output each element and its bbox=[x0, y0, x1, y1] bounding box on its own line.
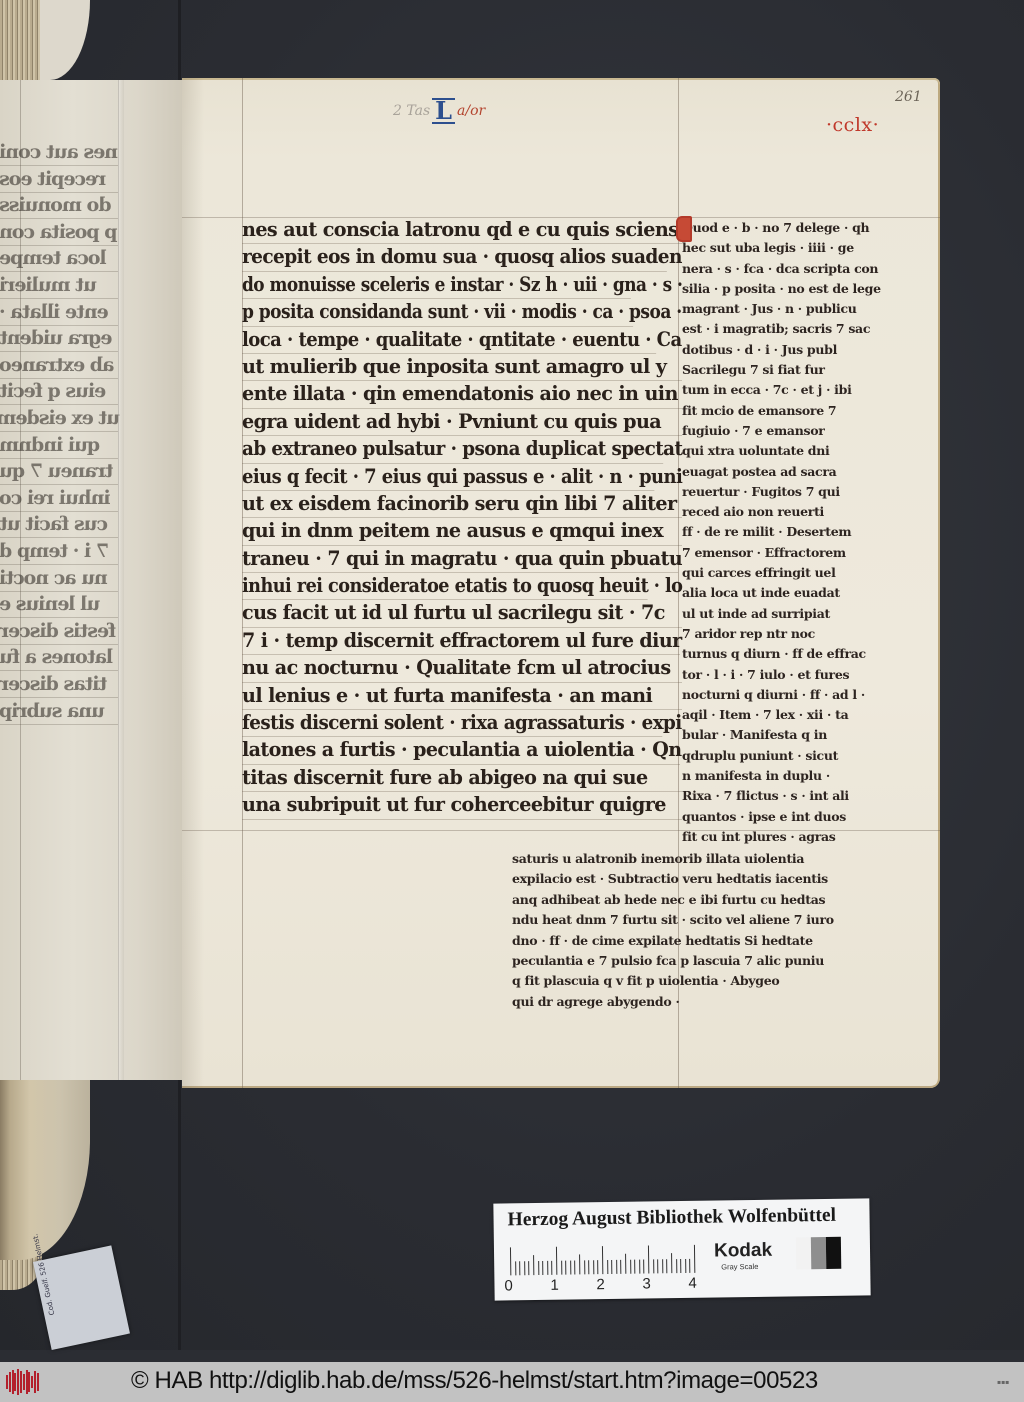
running-head-pencil: 2 Tas bbox=[393, 103, 430, 119]
ruler-label: 3 bbox=[642, 1275, 651, 1292]
logo-bar bbox=[28, 1372, 30, 1392]
ruler-label: 4 bbox=[688, 1275, 697, 1292]
ruler-tick bbox=[561, 1261, 562, 1275]
main-text-line: recepit eos in domu sua · quosq alios su… bbox=[242, 244, 667, 271]
ruler-tick bbox=[593, 1260, 594, 1274]
gloss-line: alia loca ut inde euadat bbox=[682, 583, 882, 603]
measurement-ruler bbox=[510, 1243, 698, 1276]
logo-bar bbox=[34, 1371, 36, 1393]
logo-bar bbox=[31, 1376, 33, 1388]
ruler-tick bbox=[671, 1253, 672, 1273]
ruler-labels: 01234 bbox=[504, 1275, 704, 1294]
left-page-text-line: ab extraneo bbox=[0, 354, 120, 376]
left-page-text-line: una subrip bbox=[0, 700, 120, 722]
gloss-line: peculantia e 7 pulsio fca p lascuia 7 al… bbox=[512, 951, 872, 971]
gloss-line: 7 emensor · Effractorem bbox=[682, 543, 882, 563]
gloss-line: nera · s · fca · dca scripta con bbox=[682, 259, 882, 279]
left-page-ruling bbox=[0, 298, 118, 299]
logo-bar bbox=[17, 1369, 19, 1395]
main-text-line: una subripuit ut fur coherceebitur quigr… bbox=[242, 792, 682, 819]
left-page-text-line: egra uident bbox=[0, 327, 120, 349]
main-text-line: nes aut conscia latronu qd e cu quis sci… bbox=[242, 217, 682, 244]
ruler-tick bbox=[533, 1255, 534, 1275]
ruler-tick bbox=[584, 1260, 585, 1274]
gloss-line: bular · Manifesta q in bbox=[682, 725, 882, 745]
gray-swatch bbox=[811, 1237, 826, 1269]
ruler-tick bbox=[515, 1261, 516, 1275]
ruler-label: 0 bbox=[504, 1277, 513, 1294]
logo-bar bbox=[14, 1373, 16, 1391]
left-page-ruling bbox=[0, 484, 118, 485]
ruler-tick bbox=[565, 1261, 566, 1275]
ruler-tick bbox=[644, 1260, 645, 1274]
ruler-tick bbox=[653, 1259, 654, 1273]
left-page-ruling bbox=[0, 351, 118, 352]
ruler-tick bbox=[602, 1246, 603, 1274]
gloss-line: ndu heat dnm 7 furtu sit · scito vel ali… bbox=[512, 910, 872, 930]
main-text-column: nes aut conscia latronu qd e cu quis sci… bbox=[242, 217, 690, 820]
gloss-line: 7 aridor rep ntr noc bbox=[682, 624, 882, 644]
left-page-text-line: ut mulieri bbox=[0, 274, 120, 296]
left-page-text-line: titas discer bbox=[0, 673, 120, 695]
gloss-line: Rixa · 7 flictus · s · int ali bbox=[682, 786, 882, 806]
left-page-text-line: do monuiss bbox=[0, 194, 120, 216]
ruler-tick bbox=[542, 1261, 543, 1275]
left-page-text-line: recepit eos bbox=[0, 168, 120, 190]
main-text-line: qui in dnm peitem ne ausus e qmqui inex bbox=[242, 518, 682, 545]
gloss-line: turnus q diurn · ff de effrac bbox=[682, 644, 882, 664]
gloss-line: qdruplu puniunt · sicut bbox=[682, 746, 882, 766]
ruler-label: 1 bbox=[550, 1277, 559, 1294]
gloss-line: fit mcio de emansore 7 bbox=[682, 401, 882, 421]
left-page-ruling bbox=[0, 378, 118, 379]
spine-highlight bbox=[118, 80, 124, 1080]
left-page-ruling bbox=[0, 670, 118, 671]
ruler-tick bbox=[680, 1259, 681, 1273]
left-page-text-line: ul lenius e bbox=[0, 593, 120, 615]
ruler-tick bbox=[519, 1261, 520, 1275]
gloss-line: Quod e · b · no 7 delege · qh bbox=[682, 218, 882, 238]
ruler-tick bbox=[676, 1259, 677, 1273]
main-text-line: traneu · 7 qui in magratu · qua quin pbu… bbox=[242, 546, 678, 573]
ruler-tick bbox=[598, 1260, 599, 1274]
ruler-tick bbox=[616, 1260, 617, 1274]
gloss-line: est · i magratib; sacris 7 sac bbox=[682, 319, 882, 339]
gloss-line: reuertur · Fugitos 7 qui bbox=[682, 482, 882, 502]
gloss-line: ul ut inde ad surripiat bbox=[682, 604, 882, 624]
main-text-line: nu ac nocturnu · Qualitate fcm ul atroci… bbox=[242, 655, 682, 682]
main-text-line: eius q fecit · 7 eius qui passus e · ali… bbox=[242, 464, 654, 491]
main-text-line: 7 i · temp discernit effractorem ul fure… bbox=[242, 628, 680, 655]
gloss-line: anq adhibeat ab hede nec e ibi furtu cu … bbox=[512, 890, 872, 910]
folio-number: 261 bbox=[895, 89, 922, 105]
ruler-tick bbox=[529, 1261, 530, 1275]
gloss-line: fugiuio · 7 e emansor bbox=[682, 421, 882, 441]
main-text-line: do monuisse sceleris e instar · Sz h · u… bbox=[242, 272, 631, 299]
gloss-line: silia · p posita · no est de lege bbox=[682, 279, 882, 299]
left-page-ruling bbox=[0, 617, 118, 618]
left-page-text-line: qui indnm bbox=[0, 434, 120, 456]
logo-bar bbox=[26, 1370, 28, 1394]
logo-bar bbox=[20, 1371, 22, 1393]
ruler-tick bbox=[556, 1247, 557, 1275]
gloss-line: qui dr agrege abygendo · bbox=[512, 992, 872, 1012]
gloss-line: aqil · Item · 7 lex · xii · ta bbox=[682, 705, 882, 725]
gray-swatch bbox=[796, 1237, 811, 1269]
main-text-line: ut mulierib que inposita sunt amagro ul … bbox=[242, 354, 682, 381]
left-page-text-line: ut ex eisdem bbox=[0, 407, 120, 429]
manuscript-folio: 261 ·cclx· 2 Tas L a/or nes aut conscia … bbox=[182, 78, 940, 1088]
ruler-tick bbox=[690, 1259, 691, 1273]
ruler-tick bbox=[510, 1247, 511, 1275]
gloss-line: magrant · Jus · n · publicu bbox=[682, 299, 882, 319]
gloss-line: hec sut uba legis · iiii · ge bbox=[682, 238, 882, 258]
ruler-tick bbox=[685, 1259, 686, 1273]
gloss-line: expilacio est · Subtractio veru hedtatis… bbox=[512, 869, 872, 889]
left-page-text-line: 7 i · temp d bbox=[0, 540, 120, 562]
left-page-text-line: cus facit ut bbox=[0, 513, 120, 535]
left-page-ruling bbox=[0, 325, 118, 326]
main-text-line: ab extraneo pulsatur · psona duplicat sp… bbox=[242, 436, 663, 463]
left-page-ruling bbox=[0, 431, 118, 432]
gray-swatch bbox=[826, 1237, 841, 1269]
main-text-line: latones a furtis · peculantia a uiolenti… bbox=[242, 737, 680, 764]
gloss-line: euagat postea ad sacra bbox=[682, 462, 882, 482]
ruler-tick bbox=[657, 1259, 658, 1273]
gloss-line: nocturni q diurni · ff · ad l · bbox=[682, 685, 882, 705]
gloss-line: tor · l · i · 7 iulo · et fures bbox=[682, 665, 882, 685]
left-page-ruling bbox=[0, 404, 118, 405]
gloss-line: ff · de re milit · Desertem bbox=[682, 522, 882, 542]
main-text-line: egra uident ad hybi · Pvniunt cu quis pu… bbox=[242, 409, 682, 436]
ruler-tick bbox=[694, 1245, 695, 1273]
left-page-text-line: nes aut coni bbox=[0, 141, 120, 163]
viewer-footer: © HAB http://diglib.hab.de/mss/526-helms… bbox=[0, 1362, 1024, 1402]
gray-scale-swatches bbox=[796, 1237, 841, 1270]
ruler-tick bbox=[524, 1261, 525, 1275]
left-page-ruling bbox=[0, 564, 118, 565]
left-page-ruling bbox=[0, 697, 118, 698]
left-page-ruling bbox=[0, 591, 118, 592]
roman-folio-numeral: ·cclx· bbox=[826, 114, 879, 136]
color-calibration-card: Herzog August Bibliothek Wolfenbüttel 01… bbox=[493, 1198, 870, 1300]
ruler-tick bbox=[547, 1261, 548, 1275]
main-text-line: titas discernit fure ab abigeo na qui su… bbox=[242, 765, 682, 792]
gloss-line: qui xtra uoluntate dni bbox=[682, 441, 882, 461]
left-page-text-line: loca tempe bbox=[0, 247, 120, 269]
left-page-ruling bbox=[0, 245, 118, 246]
gloss-line: dno · ff · de cime expilate hedtatis Si … bbox=[512, 931, 872, 951]
ruler-tick bbox=[607, 1260, 608, 1274]
main-text-line: ut ex eisdem facinorib seru qin libi 7 a… bbox=[242, 491, 682, 518]
left-page-text-line: p posita con bbox=[0, 221, 120, 243]
left-page-ruling bbox=[0, 192, 118, 193]
hab-logo-icon[interactable] bbox=[6, 1368, 40, 1396]
ruler-tick bbox=[625, 1254, 626, 1274]
gloss-column-right: Quod e · b · no 7 delege · qhhec sut uba… bbox=[682, 218, 882, 847]
left-page-text-line: festis discer bbox=[0, 620, 120, 642]
rubric-initial-icon bbox=[676, 216, 692, 242]
left-page-ruling bbox=[0, 218, 118, 219]
ruler-tick bbox=[588, 1260, 589, 1274]
ruler-tick bbox=[621, 1260, 622, 1274]
left-page: nes aut conirecepit eosdo monuissp posit… bbox=[0, 80, 182, 1080]
gutter-shadow bbox=[182, 78, 204, 1088]
gloss-line: fit cu int plures · agras bbox=[682, 827, 882, 847]
gloss-line: saturis u alatronib inemorib illata uiol… bbox=[512, 849, 872, 869]
left-page-text-line: eius q fecit bbox=[0, 380, 120, 402]
left-page-text-line: nu ac nocti bbox=[0, 567, 120, 589]
left-page-text-line: ente illata · bbox=[0, 301, 120, 323]
library-name: Herzog August Bibliothek Wolfenbüttel bbox=[507, 1205, 836, 1232]
running-head-rubric: a/or bbox=[457, 103, 485, 119]
left-page-ruling bbox=[0, 271, 118, 272]
left-page-text-line: inhui rei co bbox=[0, 487, 120, 509]
logo-bar bbox=[6, 1375, 8, 1389]
left-page-ruling bbox=[0, 644, 118, 645]
running-head-initial: L bbox=[432, 98, 455, 124]
ruler-tick bbox=[575, 1260, 576, 1274]
ruler-tick bbox=[538, 1261, 539, 1275]
main-text-line: ente illata · qin emendatonis aio nec in… bbox=[242, 381, 682, 408]
ruler-tick bbox=[648, 1245, 649, 1273]
ruler-tick bbox=[570, 1261, 571, 1275]
logo-bar bbox=[12, 1370, 14, 1394]
main-text-line: inhui rei consideratoe etatis to quosq h… bbox=[242, 573, 648, 600]
copyright-link[interactable]: © HAB http://diglib.hab.de/mss/526-helms… bbox=[131, 1367, 818, 1395]
left-page-text-line: traneu 7 qu bbox=[0, 460, 120, 482]
gloss-block-bottom: saturis u alatronib inemorib illata uiol… bbox=[512, 849, 872, 1012]
gloss-line: tum in ecca · 7c · et j · ibi bbox=[682, 380, 882, 400]
gloss-line: reced aio non reuerti bbox=[682, 502, 882, 522]
logo-bar bbox=[37, 1373, 39, 1391]
running-head: 2 Tas L a/or bbox=[393, 98, 485, 124]
gloss-line: n manifesta in duplu · bbox=[682, 766, 882, 786]
ruler-tick bbox=[630, 1260, 631, 1274]
logo-bar bbox=[23, 1374, 25, 1390]
left-page-text-line: latones a fu bbox=[0, 646, 120, 668]
logo-bar bbox=[9, 1372, 11, 1392]
gloss-line: q fit plascuia q v fit p uiolentia · Aby… bbox=[512, 971, 872, 991]
gloss-line: quantos · ipse e int duos bbox=[682, 807, 882, 827]
gray-scale-label: Gray Scale bbox=[721, 1262, 758, 1272]
ruler-label: 2 bbox=[596, 1276, 605, 1293]
gloss-line: qui carces effringit uel bbox=[682, 563, 882, 583]
left-page-ruling bbox=[0, 458, 118, 459]
gloss-line: Sacrilegu 7 si fiat fur bbox=[682, 360, 882, 380]
left-page-ruling bbox=[0, 165, 118, 166]
left-page-ruling bbox=[0, 724, 118, 725]
main-text-line: p posita considanda sunt · vii · modis ·… bbox=[242, 299, 633, 326]
left-page-ruling bbox=[0, 511, 118, 512]
ruler-tick bbox=[662, 1259, 663, 1273]
left-page-ruling bbox=[0, 537, 118, 538]
ruler-tick bbox=[579, 1254, 580, 1274]
ruler-tick bbox=[634, 1260, 635, 1274]
ruler-tick bbox=[639, 1260, 640, 1274]
main-text-line: ul lenius e · ut furta manifesta · an ma… bbox=[242, 683, 682, 710]
main-text-line: cus facit ut id ul furtu ul sacrilegu si… bbox=[242, 600, 682, 627]
main-text-line: loca · tempe · qualitate · qntitate · eu… bbox=[242, 327, 656, 354]
corner-mark: ▪▪▪ bbox=[997, 1379, 1009, 1386]
ruler-tick bbox=[552, 1261, 553, 1275]
kodak-brand: Kodak bbox=[714, 1240, 772, 1263]
ruler-tick bbox=[667, 1259, 668, 1273]
gloss-line: dotibus · d · i · Jus publ bbox=[682, 340, 882, 360]
main-text-line: festis discerni solent · rixa agrassatur… bbox=[242, 710, 662, 737]
ruler-tick bbox=[611, 1260, 612, 1274]
